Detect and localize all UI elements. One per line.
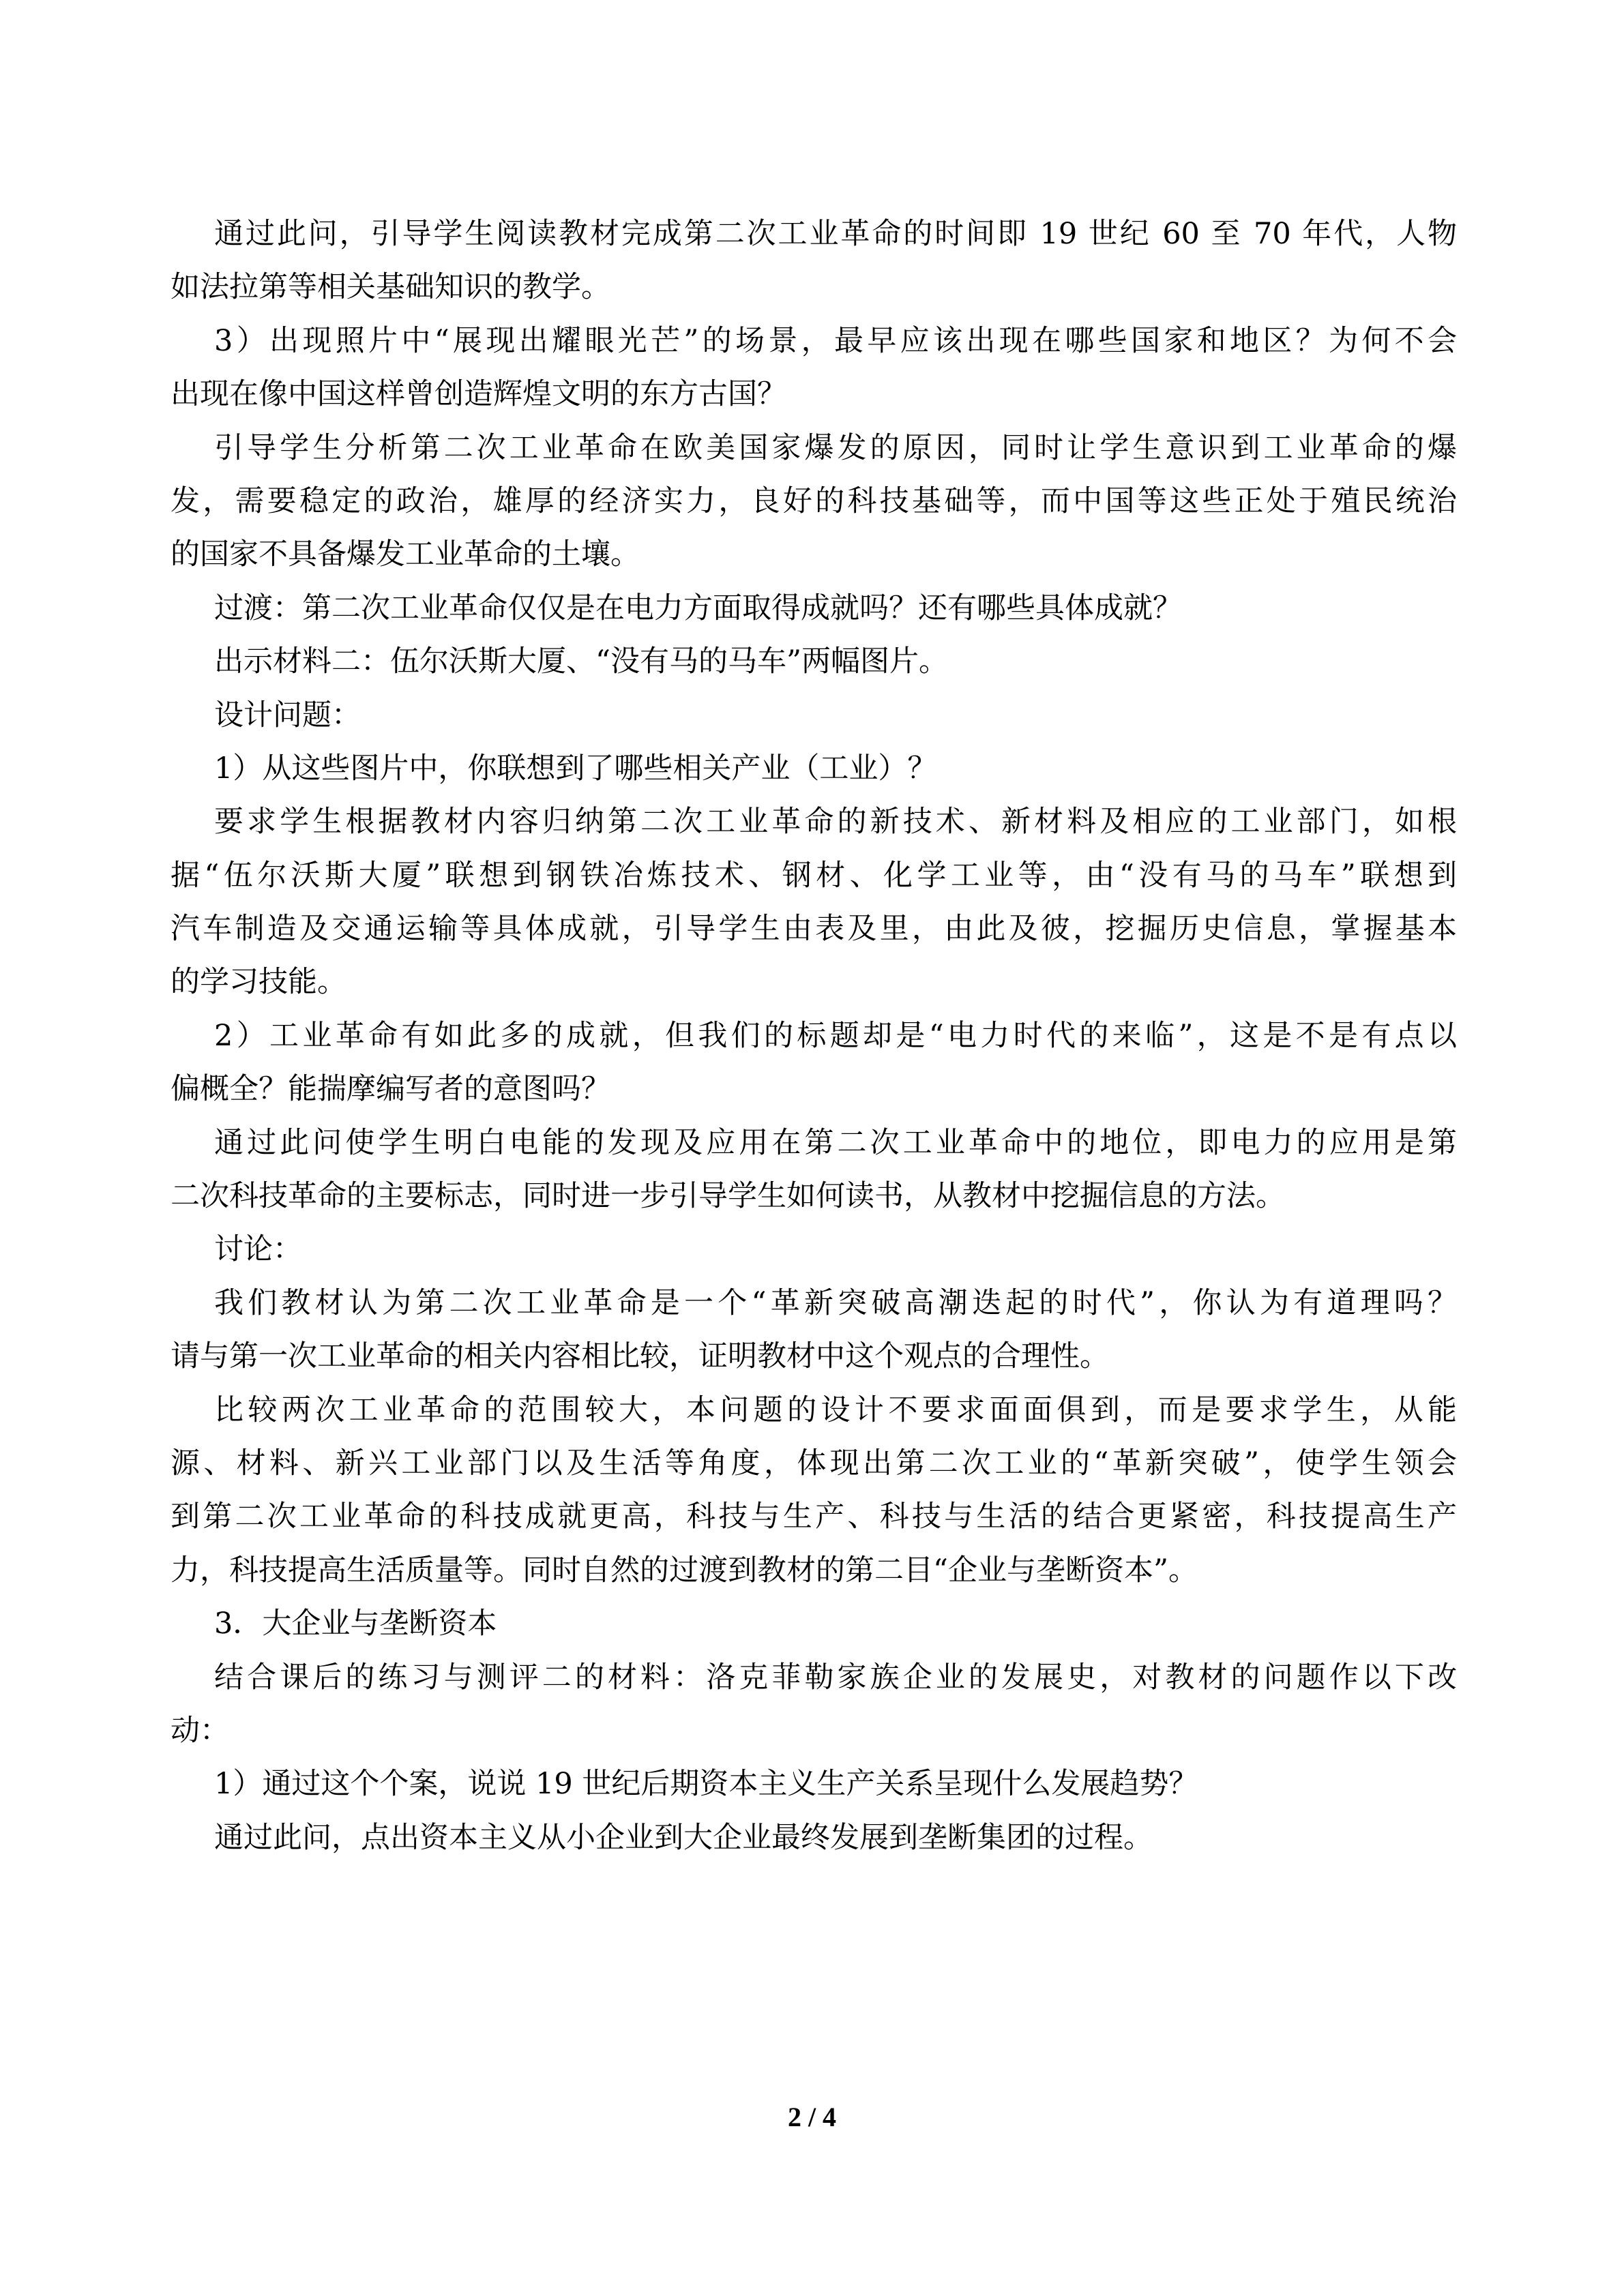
paragraph-line: 结合课后的练习与测评二的材料：洛克菲勒家族企业的发展史，对教材的问题作以下改	[171, 1651, 1457, 1704]
section-label: 设计问题：	[171, 689, 1457, 742]
paragraph: 通过此问使学生明白电能的发现及应用在第二次工业革命中的地位，即电力的应用是第 二…	[171, 1116, 1457, 1223]
question-line: 1）通过这个个案，说说 19 世纪后期资本主义生产关系呈现什么发展趋势？	[171, 1757, 1457, 1810]
paragraph: 要求学生根据教材内容归纳第二次工业革命的新技术、新材料及相应的工业部门，如根 据…	[171, 795, 1457, 1009]
paragraph-line: 我们教材认为第二次工业革命是一个“革新突破高潮迭起的时代”，你认为有道理吗？	[171, 1277, 1457, 1330]
paragraph-line: 出现在像中国这样曾创造辉煌文明的东方古国？	[171, 368, 1457, 421]
question-line: 2）工业革命有如此多的成就，但我们的标题却是“电力时代的来临”，这是不是有点以	[171, 1009, 1457, 1062]
paragraph-line: 到第二次工业革命的科技成就更高，科技与生产、科技与生活的结合更紧密，科技提高生产	[171, 1490, 1457, 1543]
paragraph-line: 通过此问使学生明白电能的发现及应用在第二次工业革命中的地位，即电力的应用是第	[171, 1116, 1457, 1169]
paragraph-line: 请与第一次工业革命的相关内容相比较，证明教材中这个观点的合理性。	[171, 1330, 1457, 1383]
paragraph-line: 过渡：第二次工业革命仅仅是在电力方面取得成就吗？还有哪些具体成就？	[171, 582, 1457, 635]
paragraph-line: 要求学生根据教材内容归纳第二次工业革命的新技术、新材料及相应的工业部门，如根	[171, 795, 1457, 848]
paragraph: 我们教材认为第二次工业革命是一个“革新突破高潮迭起的时代”，你认为有道理吗？ 请…	[171, 1277, 1457, 1384]
section-label: 讨论：	[171, 1223, 1457, 1276]
document-body: 通过此问，引导学生阅读教材完成第二次工业革命的时间即 19 世纪 60 至 70…	[171, 207, 1457, 1864]
paragraph-line: 通过此问，引导学生阅读教材完成第二次工业革命的时间即 19 世纪 60 至 70…	[171, 207, 1457, 260]
paragraph: 3）出现照片中“展现出耀眼光芒”的场景，最早应该出现在哪些国家和地区？为何不会 …	[171, 314, 1457, 421]
paragraph: 通过此问，引导学生阅读教材完成第二次工业革命的时间即 19 世纪 60 至 70…	[171, 207, 1457, 314]
paragraph: 1）从这些图片中，你联想到了哪些相关产业（工业）？	[171, 742, 1457, 795]
paragraph-line: 比较两次工业革命的范围较大，本问题的设计不要求面面俱到，而是要求学生，从能	[171, 1384, 1457, 1437]
paragraph-line: 据“伍尔沃斯大厦”联想到钢铁冶炼技术、钢材、化学工业等，由“没有马的马车”联想到	[171, 849, 1457, 902]
paragraph-line: 发，需要稳定的政治，雄厚的经济实力，良好的科技基础等，而中国等这些正处于殖民统治	[171, 475, 1457, 528]
paragraph: 过渡：第二次工业革命仅仅是在电力方面取得成就吗？还有哪些具体成就？	[171, 582, 1457, 635]
paragraph-line: 出示材料二：伍尔沃斯大厦、“没有马的马车”两幅图片。	[171, 635, 1457, 688]
paragraph: 3．大企业与垄断资本	[171, 1597, 1457, 1650]
paragraph-line: 汽车制造及交通运输等具体成就，引导学生由表及里，由此及彼，挖掘历史信息，掌握基本	[171, 902, 1457, 955]
paragraph-line: 源、材料、新兴工业部门以及生活等角度，体现出第二次工业的“革新突破”，使学生领会	[171, 1437, 1457, 1490]
paragraph: 2）工业革命有如此多的成就，但我们的标题却是“电力时代的来临”，这是不是有点以 …	[171, 1009, 1457, 1116]
paragraph-line: 动：	[171, 1704, 1457, 1757]
section-heading: 3．大企业与垄断资本	[171, 1597, 1457, 1650]
paragraph-line: 通过此问，点出资本主义从小企业到大企业最终发展到垄断集团的过程。	[171, 1811, 1457, 1864]
paragraph-line: 的国家不具备爆发工业革命的土壤。	[171, 528, 1457, 581]
paragraph-line: 引导学生分析第二次工业革命在欧美国家爆发的原因，同时让学生意识到工业革命的爆	[171, 421, 1457, 475]
paragraph: 出示材料二：伍尔沃斯大厦、“没有马的马车”两幅图片。	[171, 635, 1457, 688]
question-line: 1）从这些图片中，你联想到了哪些相关产业（工业）？	[171, 742, 1457, 795]
paragraph: 通过此问，点出资本主义从小企业到大企业最终发展到垄断集团的过程。	[171, 1811, 1457, 1864]
paragraph: 1）通过这个个案，说说 19 世纪后期资本主义生产关系呈现什么发展趋势？	[171, 1757, 1457, 1810]
paragraph: 比较两次工业革命的范围较大，本问题的设计不要求面面俱到，而是要求学生，从能 源、…	[171, 1384, 1457, 1598]
paragraph: 引导学生分析第二次工业革命在欧美国家爆发的原因，同时让学生意识到工业革命的爆 发…	[171, 421, 1457, 582]
document-page: 通过此问，引导学生阅读教材完成第二次工业革命的时间即 19 世纪 60 至 70…	[0, 0, 1624, 2296]
paragraph-line: 力，科技提高生活质量等。同时自然的过渡到教材的第二目“企业与垄断资本”。	[171, 1544, 1457, 1597]
paragraph: 设计问题：	[171, 689, 1457, 742]
paragraph-line: 二次科技革命的主要标志，同时进一步引导学生如何读书，从教材中挖掘信息的方法。	[171, 1169, 1457, 1223]
paragraph-line: 如法拉第等相关基础知识的教学。	[171, 260, 1457, 314]
paragraph-line: 的学习技能。	[171, 955, 1457, 1009]
page-number: 2 / 4	[0, 2100, 1624, 2134]
paragraph-line: 3）出现照片中“展现出耀眼光芒”的场景，最早应该出现在哪些国家和地区？为何不会	[171, 314, 1457, 368]
paragraph: 讨论：	[171, 1223, 1457, 1276]
question-line: 偏概全？能揣摩编写者的意图吗？	[171, 1062, 1457, 1116]
paragraph: 结合课后的练习与测评二的材料：洛克菲勒家族企业的发展史，对教材的问题作以下改 动…	[171, 1651, 1457, 1758]
